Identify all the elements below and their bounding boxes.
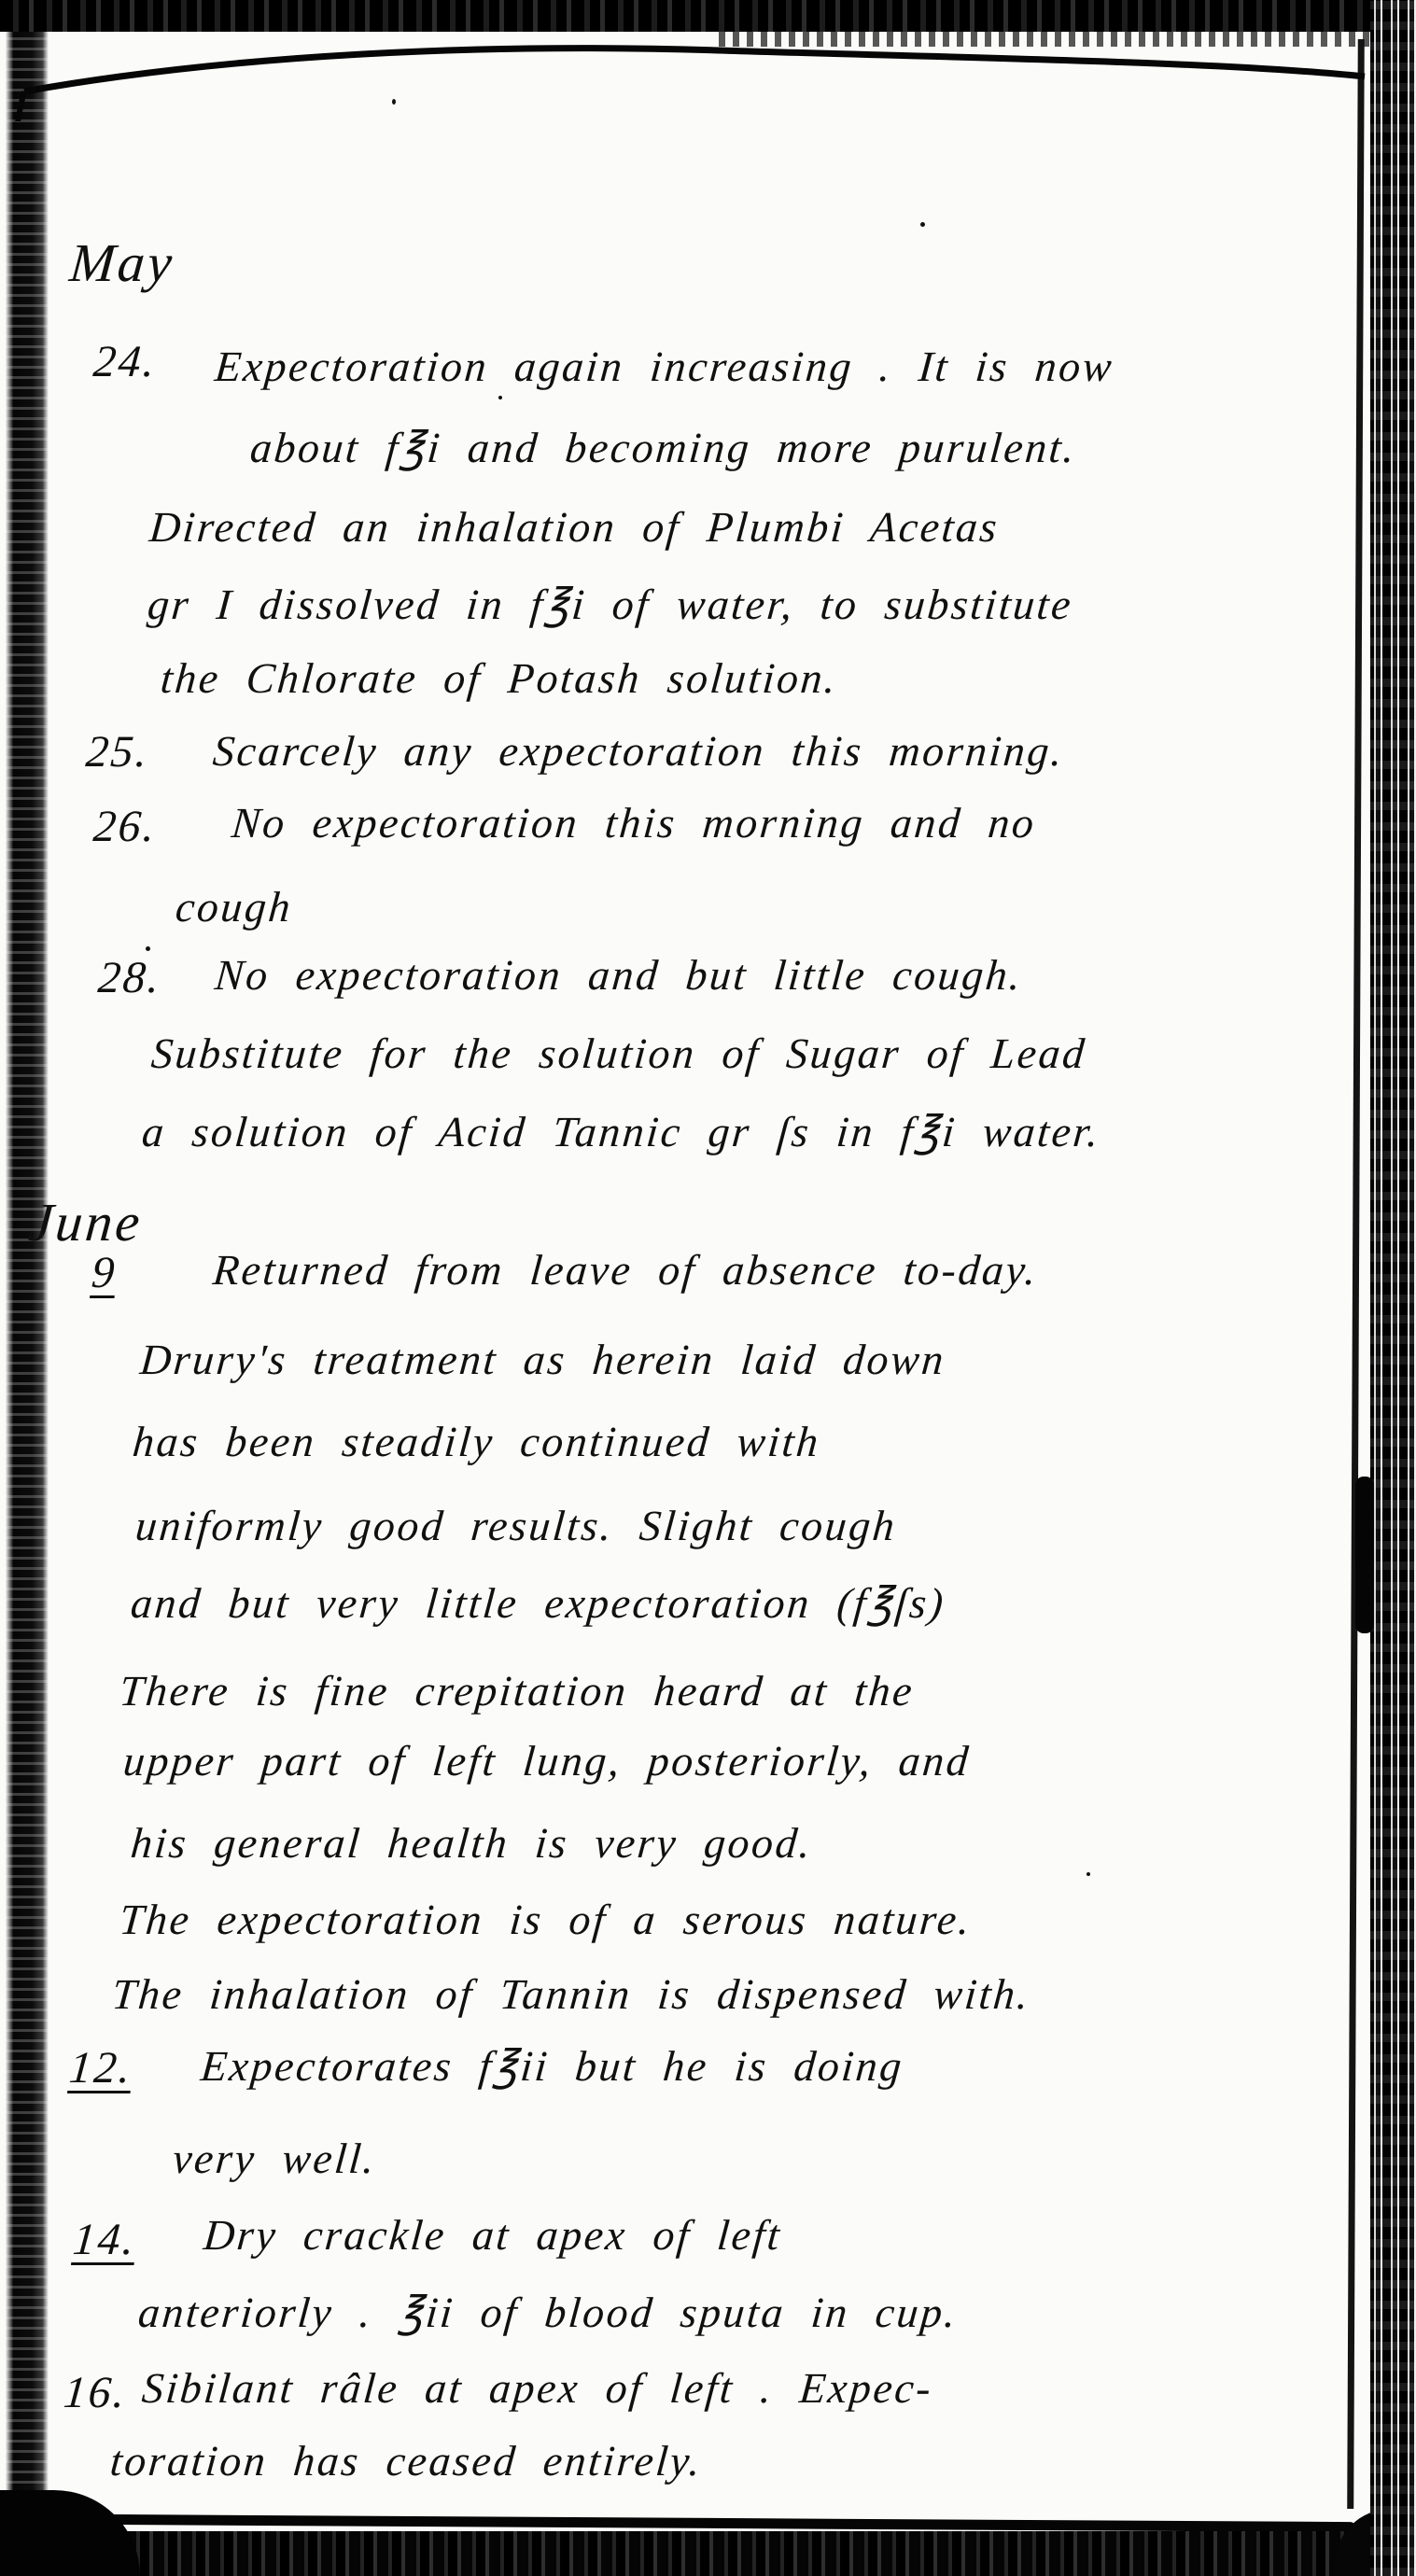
entry-line: Sibilant râle at apex of left . Expec- (140, 2363, 935, 2413)
entry-line: anteriorly . ℥ii of blood sputa in cup. (136, 2287, 960, 2337)
book-page-edges-right (1370, 0, 1416, 2576)
page-top-edge-curve (0, 0, 1416, 121)
ink-speck (498, 396, 502, 399)
entry-line: uniformly good results. Slight cough (133, 1501, 899, 1550)
ink-speck (920, 222, 925, 227)
entry-line: Dry crackle at apex of left (202, 2210, 784, 2260)
page-bottom-edge-line (90, 2514, 1355, 2532)
day-label: 14. (71, 2214, 138, 2265)
entry-line: Drury's treatment as herein laid down (138, 1335, 947, 1384)
entry-line: Directed an inhalation of Plumbi Acetas (147, 502, 1001, 552)
day-label: 28. (96, 952, 163, 1003)
entry-line: No expectoration and but little cough. (213, 950, 1025, 1000)
entry-line: toration has ceased entirely. (108, 2436, 705, 2485)
entry-line: No expectoration this morning and no (230, 798, 1038, 847)
scan-ink-blob-right (1355, 1477, 1374, 1633)
day-label: 9 (90, 1247, 119, 1298)
page-right-edge-line (1347, 39, 1365, 2509)
entry-line: very well. (171, 2134, 378, 2183)
book-spine-shadow (6, 24, 49, 2576)
ink-speck (1087, 1872, 1090, 1876)
entry-line: The expectoration is of a serous nature. (118, 1895, 974, 1944)
day-label: 25. (84, 726, 151, 777)
ink-speck (146, 946, 150, 951)
entry-line: Expectorates f℥ii but he is doing (199, 2040, 905, 2091)
entry-line: about f℥i and becoming more purulent. (248, 422, 1079, 472)
month-label: May (67, 231, 177, 294)
scanned-journal-page: May 24. Expectoration again increasing .… (0, 0, 1416, 2576)
entry-line: The inhalation of Tannin is dispensed wi… (110, 1969, 1032, 2019)
entry-line: upper part of left lung, posteriorly, an… (121, 1736, 973, 1785)
entry-line: Returned from leave of absence to-day. (211, 1245, 1040, 1295)
entry-line: the Chlorate of Potash solution. (159, 653, 840, 703)
entry-line: his general health is very good. (129, 1818, 815, 1868)
entry-line: cough (174, 882, 295, 931)
scan-corner-bottom-left (0, 2490, 140, 2576)
entry-line: Substitute for the solution of Sugar of … (149, 1029, 1088, 1078)
scan-bottom-dark-band (0, 2531, 1416, 2576)
entry-line: and but very little expectoration (f℥ſs) (129, 1577, 947, 1628)
entry-line: a solution of Acid Tannic gr ſs in f℥i w… (140, 1106, 1102, 1156)
entry-line: There is fine crepitation heard at the (118, 1666, 917, 1715)
day-label: 26. (91, 801, 159, 852)
month-label: June (26, 1191, 145, 1253)
day-label: 16. (62, 2367, 129, 2418)
day-label: 12. (67, 2042, 134, 2093)
day-label: 24. (91, 336, 159, 387)
entry-line: gr I dissolved in f℥i of water, to subst… (146, 579, 1075, 629)
entry-line: Expectoration again increasing . It is n… (213, 342, 1115, 391)
entry-line: Scarcely any expectoration this morning. (211, 726, 1066, 776)
entry-line: has been steadily continued with (131, 1417, 822, 1466)
